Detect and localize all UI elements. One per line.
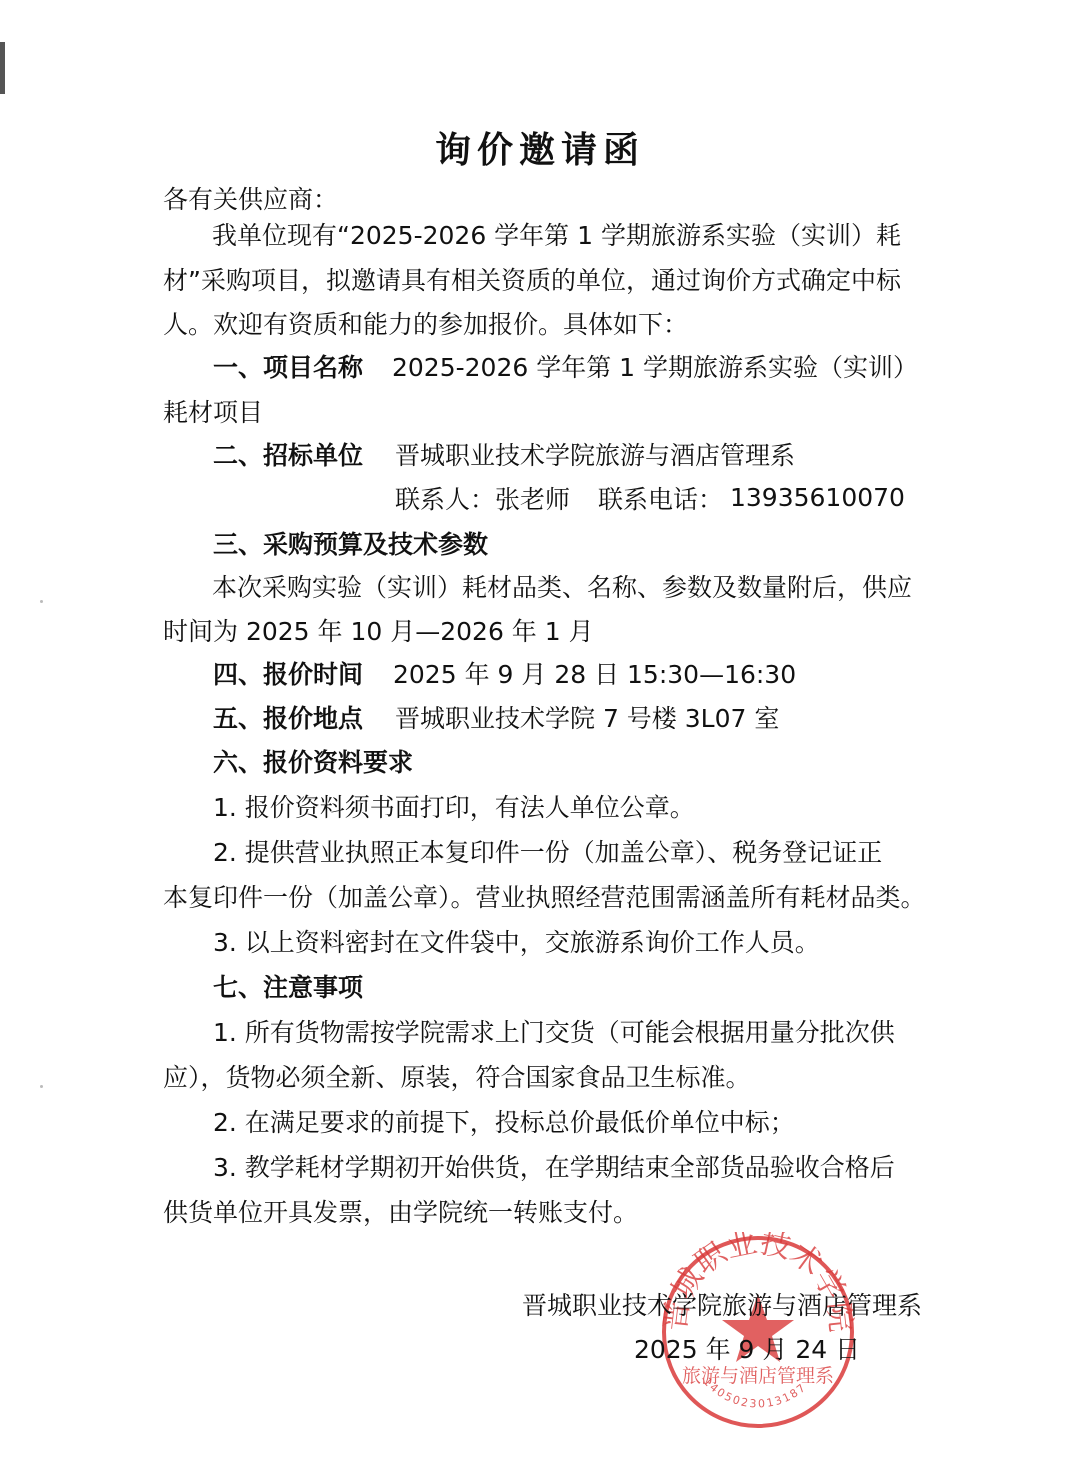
section-3-body-2: 时间为 2025 年 10 月—2026 年 1 月 [163,619,594,644]
scan-speck [40,600,43,603]
section-2-heading: 二、招标单位 [213,443,363,468]
section-6-heading: 六、报价资料要求 [213,750,413,775]
section-6-item-1: 1. 报价资料须书面打印，有法人单位公章。 [213,795,695,820]
signature-date: 2025 年 9 月 24 日 [634,1330,860,1366]
scan-edge-mark [0,42,5,94]
intro-line-2: 材”采购项目，拟邀请具有相关资质的单位，通过询价方式确定中标 [163,268,901,293]
contact-person: 联系人：张老师 [395,487,570,512]
scan-speck [40,1085,43,1088]
section-5-heading: 五、报价地点 [213,706,363,731]
section-6-item-3: 3. 以上资料密封在文件袋中，交旅游系询价工作人员。 [213,930,820,955]
intro-line-1: 我单位现有“2025-2026 学年第 1 学期旅游系实验（实训）耗 [212,223,901,248]
contact-phone-label: 联系电话： [598,487,723,512]
section-7-item-3: 3. 教学耗材学期初开始供货，在学期结束全部货品验收合格后 [213,1155,895,1180]
document-title: 询价邀请函 [0,122,1080,173]
section-1-value: 2025-2026 学年第 1 学期旅游系实验（实训） [392,355,918,380]
section-3-heading: 三、采购预算及技术参数 [213,532,488,557]
section-7-heading: 七、注意事项 [213,975,363,1000]
intro-line-3: 人。欢迎有资质和能力的参加报价。具体如下： [163,312,688,337]
contact-phone: 13935610070 [730,485,905,510]
section-6-item-2-cont: 本复印件一份（加盖公章）。营业执照经营范围需涵盖所有耗材品类。 [163,885,926,910]
section-1-continuation: 耗材项目 [163,400,263,425]
section-3-body-1: 本次采购实验（实训）耗材品类、名称、参数及数量附后，供应 [212,575,912,600]
salutation: 各有关供应商： [163,187,338,212]
signature-org: 晋城职业技术学院旅游与酒店管理系 [522,1286,922,1322]
section-7-item-2: 2. 在满足要求的前提下，投标总价最低价单位中标； [213,1110,795,1135]
section-7-item-1: 1. 所有货物需按学院需求上门交货（可能会根据用量分批次供 [213,1020,895,1045]
section-1-heading: 一、项目名称 [213,355,363,380]
section-7-item-1-cont: 应），货物必须全新、原装，符合国家食品卫生标准。 [163,1065,751,1090]
section-7-item-3-cont: 供货单位开具发票，由学院统一转账支付。 [163,1200,638,1225]
section-5-value: 晋城职业技术学院 7 号楼 3L07 室 [395,706,779,731]
section-6-item-2: 2. 提供营业执照正本复印件一份（加盖公章）、税务登记证正 [213,840,882,865]
section-4-heading: 四、报价时间 [213,662,363,687]
section-2-value: 晋城职业技术学院旅游与酒店管理系 [395,443,795,468]
section-4-value: 2025 年 9 月 28 日 15:30—16:30 [393,662,796,687]
